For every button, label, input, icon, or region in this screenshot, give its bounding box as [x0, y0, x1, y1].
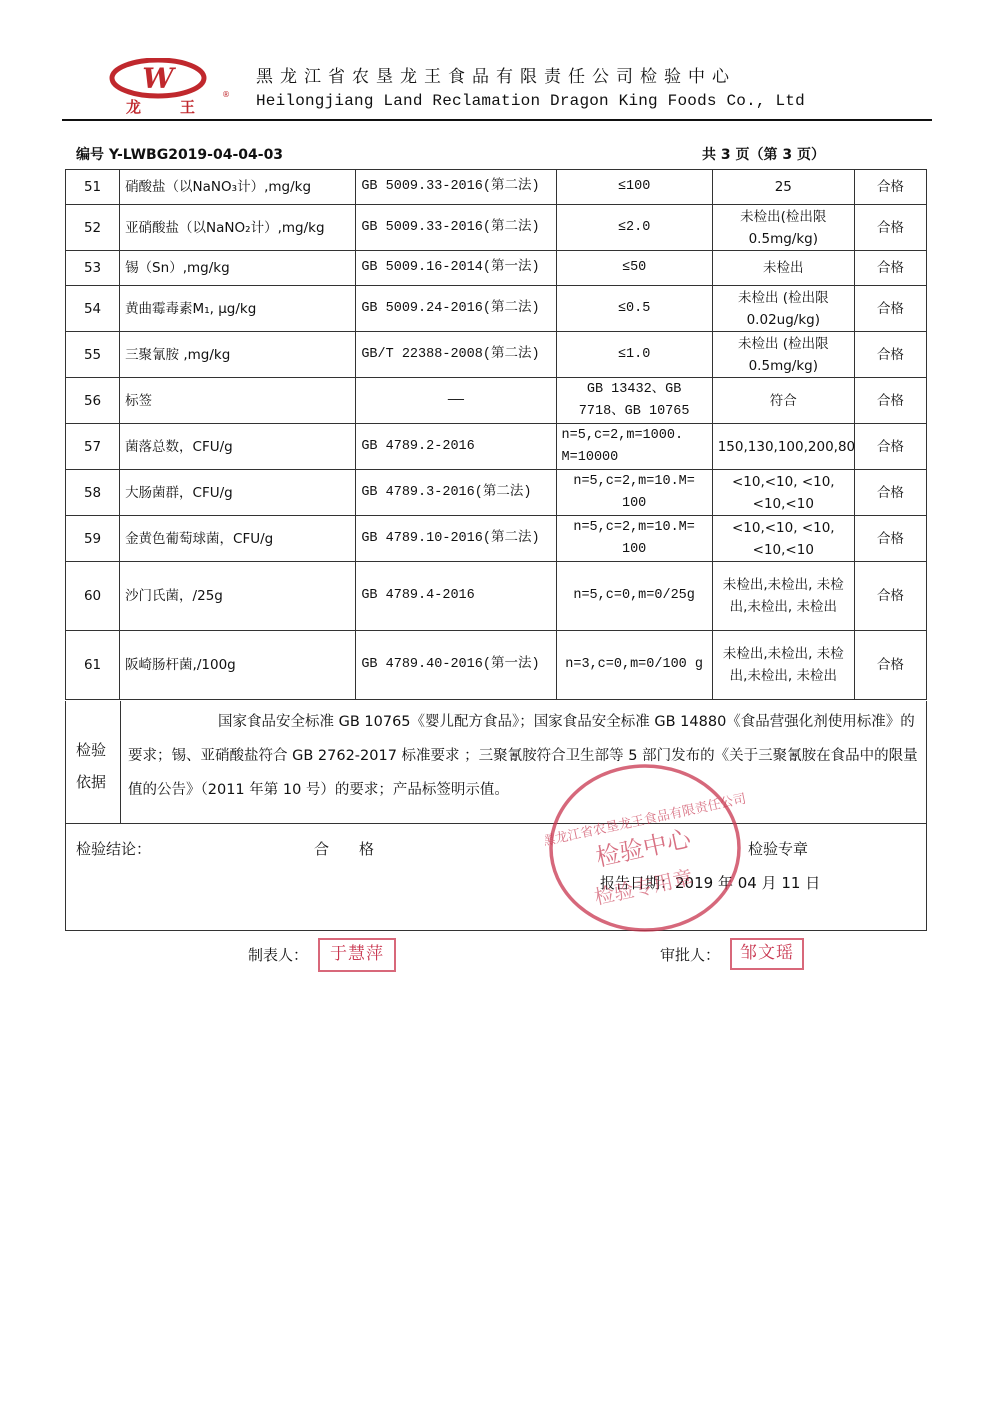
test-method: GB 5009.24-2016(第二法): [356, 286, 556, 332]
test-item: 亚硝酸盐（以NaNO₂计）,mg/kg: [120, 205, 356, 251]
standard-limit: ≤1.0: [556, 332, 712, 378]
row-number: 52: [66, 205, 120, 251]
row-number: 58: [66, 470, 120, 516]
test-item: 阪崎肠杆菌,/100g: [120, 631, 356, 700]
verdict: 合格: [854, 470, 926, 516]
page-indicator: 共 3 页（第 3 页）: [702, 144, 825, 164]
test-method: GB 4789.10-2016(第二法): [356, 516, 556, 562]
verdict: 合格: [854, 424, 926, 470]
header-divider: [62, 119, 932, 121]
test-method: GB 4789.40-2016(第一法): [356, 631, 556, 700]
table-row: 61 阪崎肠杆菌,/100g GB 4789.40-2016(第一法) n=3,…: [66, 631, 927, 700]
standard-limit: GB 13432、GB 7718、GB 10765: [556, 378, 712, 424]
inspection-table: 51 硝酸盐（以NaNO₃计）,mg/kg GB 5009.33-2016(第二…: [65, 169, 927, 700]
standard-limit: n=5,c=0,m=0/25g: [556, 562, 712, 631]
standard-limit: n=5,c=2,m=1000. M=10000: [556, 424, 712, 470]
verdict: 合格: [854, 516, 926, 562]
verdict: 合格: [854, 251, 926, 286]
document-number: 编号 Y-LWBG2019-04-04-03: [76, 144, 283, 164]
preparer-label: 制表人：: [248, 944, 308, 965]
svg-text:王: 王: [180, 98, 195, 116]
test-result: <10,<10, <10,<10,<10: [712, 516, 854, 562]
basis-label-line2: 依据: [76, 771, 106, 792]
svg-text:龙: 龙: [126, 98, 141, 116]
test-method: GB 4789.2-2016: [356, 424, 556, 470]
row-number: 55: [66, 332, 120, 378]
row-number: 59: [66, 516, 120, 562]
test-item: 标签: [120, 378, 356, 424]
row-number: 53: [66, 251, 120, 286]
table-row: 57 菌落总数，CFU/g GB 4789.2-2016 n=5,c=2,m=1…: [66, 424, 927, 470]
standard-limit: ≤2.0: [556, 205, 712, 251]
report-date: 报告日期：2019 年 04 月 11 日: [600, 872, 820, 893]
approver-signature-stamp: 邹文瑶: [730, 938, 804, 970]
basis-label: 检验 依据: [66, 701, 121, 823]
test-item: 硝酸盐（以NaNO₃计）,mg/kg: [120, 170, 356, 205]
standard-limit: ≤100: [556, 170, 712, 205]
test-method: GB 5009.16-2014(第一法): [356, 251, 556, 286]
test-item: 大肠菌群，CFU/g: [120, 470, 356, 516]
table-row: 58 大肠菌群，CFU/g GB 4789.3-2016(第二法) n=5,c=…: [66, 470, 927, 516]
verdict: 合格: [854, 286, 926, 332]
test-result: 符合: [712, 378, 854, 424]
verdict: 合格: [854, 170, 926, 205]
table-row: 51 硝酸盐（以NaNO₃计）,mg/kg GB 5009.33-2016(第二…: [66, 170, 927, 205]
inspection-basis-section: 检验 依据 国家食品安全标准 GB 10765《婴儿配方食品》；国家食品安全标准…: [65, 701, 927, 824]
verdict: 合格: [854, 562, 926, 631]
row-number: 60: [66, 562, 120, 631]
test-method: GB 5009.33-2016(第二法): [356, 205, 556, 251]
company-logo-icon: W 龙 王: [106, 58, 226, 116]
conclusion-value: 合格: [314, 838, 404, 859]
test-item: 金黄色葡萄球菌，CFU/g: [120, 516, 356, 562]
registered-mark: ®: [222, 90, 230, 99]
approver-label: 审批人：: [660, 944, 720, 965]
test-method: GB 4789.3-2016(第二法): [356, 470, 556, 516]
standard-limit: n=3,c=0,m=0/100 g: [556, 631, 712, 700]
table-row: 56 标签 —— GB 13432、GB 7718、GB 10765 符合 合格: [66, 378, 927, 424]
verdict: 合格: [854, 631, 926, 700]
row-number: 57: [66, 424, 120, 470]
standard-limit: n=5,c=2,m=10.M= 100: [556, 470, 712, 516]
row-number: 54: [66, 286, 120, 332]
table-row: 55 三聚氰胺 ,mg/kg GB/T 22388-2008(第二法) ≤1.0…: [66, 332, 927, 378]
row-number: 61: [66, 631, 120, 700]
table-row: 59 金黄色葡萄球菌，CFU/g GB 4789.10-2016(第二法) n=…: [66, 516, 927, 562]
row-number: 56: [66, 378, 120, 424]
test-method: GB 5009.33-2016(第二法): [356, 170, 556, 205]
seal-label: 检验专章: [748, 838, 808, 859]
test-result: 150,130,100,200,80: [712, 424, 854, 470]
standard-limit: n=5,c=2,m=10.M= 100: [556, 516, 712, 562]
table-row: 60 沙门氏菌，/25g GB 4789.4-2016 n=5,c=0,m=0/…: [66, 562, 927, 631]
test-result: 未检出: [712, 251, 854, 286]
test-item: 沙门氏菌，/25g: [120, 562, 356, 631]
basis-text: 国家食品安全标准 GB 10765《婴儿配方食品》；国家食品安全标准 GB 14…: [128, 705, 918, 807]
conclusion-section: 检验结论： 合格 检验专章 报告日期：2019 年 04 月 11 日: [65, 823, 927, 931]
letterhead: W 龙 王 ® 黑龙江省农垦龙王食品有限责任公司检验中心 Heilongjian…: [106, 58, 932, 122]
standard-limit: ≤50: [556, 251, 712, 286]
svg-text:W: W: [142, 62, 176, 95]
test-method: GB/T 22388-2008(第二法): [356, 332, 556, 378]
test-method: ——: [356, 378, 556, 424]
table-row: 53 锡（Sn）,mg/kg GB 5009.16-2014(第一法) ≤50 …: [66, 251, 927, 286]
test-item: 锡（Sn）,mg/kg: [120, 251, 356, 286]
verdict: 合格: [854, 205, 926, 251]
test-result: <10,<10, <10,<10,<10: [712, 470, 854, 516]
test-result: 未检出 (检出限 0.5mg/kg): [712, 332, 854, 378]
conclusion-label: 检验结论：: [76, 838, 151, 859]
preparer-signature-stamp: 于慧萍: [318, 938, 396, 972]
table-row: 54 黄曲霉毒素M₁, μg/kg GB 5009.24-2016(第二法) ≤…: [66, 286, 927, 332]
row-number: 51: [66, 170, 120, 205]
verdict: 合格: [854, 378, 926, 424]
verdict: 合格: [854, 332, 926, 378]
table-row: 52 亚硝酸盐（以NaNO₂计）,mg/kg GB 5009.33-2016(第…: [66, 205, 927, 251]
company-name-cn: 黑龙江省农垦龙王食品有限责任公司检验中心: [256, 62, 736, 87]
test-result: 未检出 (检出限 0.02ug/kg): [712, 286, 854, 332]
test-item: 黄曲霉毒素M₁, μg/kg: [120, 286, 356, 332]
test-item: 菌落总数，CFU/g: [120, 424, 356, 470]
test-result: 未检出(检出限 0.5mg/kg): [712, 205, 854, 251]
company-name-en: Heilongjiang Land Reclamation Dragon Kin…: [256, 92, 805, 110]
standard-limit: ≤0.5: [556, 286, 712, 332]
test-result: 未检出,未检出, 未检出,未检出, 未检出: [712, 562, 854, 631]
test-item: 三聚氰胺 ,mg/kg: [120, 332, 356, 378]
basis-label-line1: 检验: [76, 739, 106, 760]
test-result: 25: [712, 170, 854, 205]
test-method: GB 4789.4-2016: [356, 562, 556, 631]
test-result: 未检出,未检出, 未检出,未检出, 未检出: [712, 631, 854, 700]
